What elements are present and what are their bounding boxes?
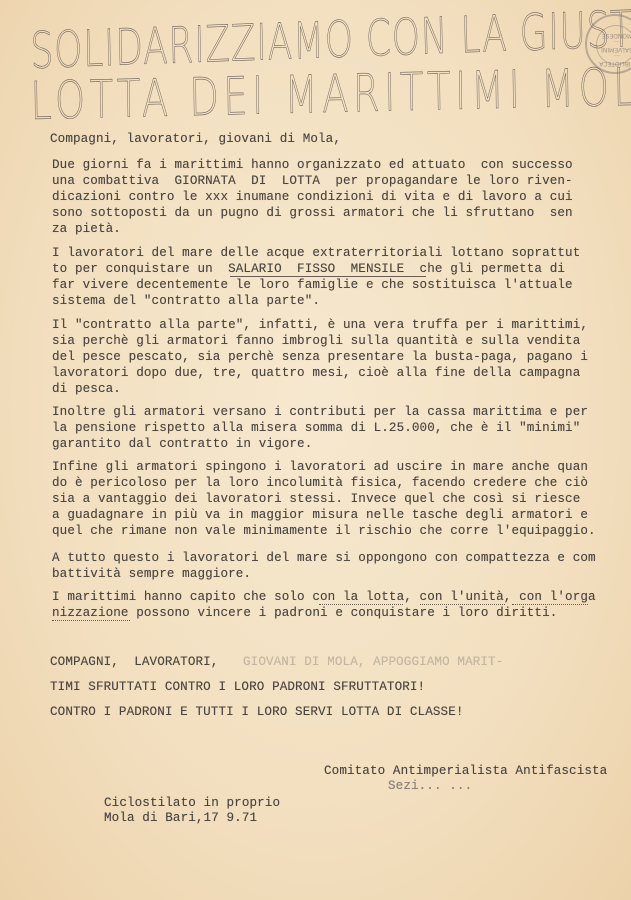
stamp-text: BIBLIOTECA ... SALVEMINI ... MONDESE — [599, 32, 631, 67]
text-line: la pensione rispetto alla misera somma d… — [52, 421, 580, 437]
signature-section: Sezi... ... — [388, 779, 472, 795]
text-line: lavoratori dopo due, tre, quattro mesi, … — [52, 366, 580, 382]
emphasis-underline — [52, 620, 130, 621]
text-line: a guadagnare in più va in maggior misura… — [52, 508, 588, 524]
text-line: Il "contratto alla parte", infatti, è un… — [52, 318, 588, 334]
slogan-line-faded: GIOVANI DI MOLA, APPOGGIAMO MARIT- — [243, 655, 503, 671]
footer-printed-note: Ciclostilato in proprio — [104, 796, 280, 812]
text-line: garantito dal contratto in vigore. — [52, 437, 312, 453]
text-line: do è pericoloso per la loro incolumità f… — [52, 476, 588, 492]
emphasis-underline — [230, 276, 426, 277]
emphasis-underline — [420, 604, 505, 605]
text-line: una combattiva GIORNATA DI LOTTA per pro… — [52, 174, 573, 190]
text-line: sistema del "contratto alla parte". — [52, 294, 320, 310]
emphasis-underline — [512, 604, 588, 605]
text-line: di pesca. — [52, 382, 121, 398]
text-line: del pesce pescato, sia perchè senza pres… — [52, 350, 588, 366]
text-line: quel che rimane non vale minimamente il … — [52, 524, 596, 540]
text-line: A tutto questo i lavoratori del mare si … — [52, 551, 596, 567]
slogan-line: TIMI SFRUTTATI CONTRO I LORO PADRONI SFR… — [50, 680, 425, 696]
footer-place-date: Mola di Bari,17 9.71 — [104, 811, 257, 827]
text-line: Due giorni fa i marittimi hanno organizz… — [52, 158, 573, 174]
signature-committee: Comitato Antimperialista Antifascista — [324, 764, 607, 780]
leaflet-page: SOLIDARIZZIAMO CON LA GIUSTA LOTTA DEI M… — [0, 0, 631, 900]
text-line: dicazioni contro le xxx inumane condizio… — [52, 190, 573, 206]
emphasis-underline — [319, 604, 403, 605]
text-line: Inoltre gli armatori versano i contribut… — [52, 405, 588, 421]
slogan-line: COMPAGNI, LAVORATORI, — [50, 655, 218, 671]
text-line: far vivere decentemente le loro famiglie… — [52, 278, 573, 294]
text-line: za pietà. — [52, 222, 121, 238]
text-line: Infine gli armatori spingono i lavorator… — [52, 460, 588, 476]
greeting: Compagni, lavoratori, giovani di Mola, — [50, 132, 341, 148]
headline-line-2: LOTTA DEI MARITTIMI MOLESI! — [30, 62, 475, 132]
text-line: battività sempre maggiore. — [52, 567, 251, 583]
text-line: sia perchè gli armatori fanno imbrogli s… — [52, 334, 580, 350]
text-line: sono sottoposti da un pugno di grossi ar… — [52, 206, 573, 222]
slogan-line: CONTRO I PADRONI E TUTTI I LORO SERVI LO… — [50, 705, 464, 721]
text-line: sia a vantaggio dei lavoratori stessi. I… — [52, 492, 580, 508]
text-line: I lavoratori del mare delle acque extrat… — [52, 246, 580, 262]
